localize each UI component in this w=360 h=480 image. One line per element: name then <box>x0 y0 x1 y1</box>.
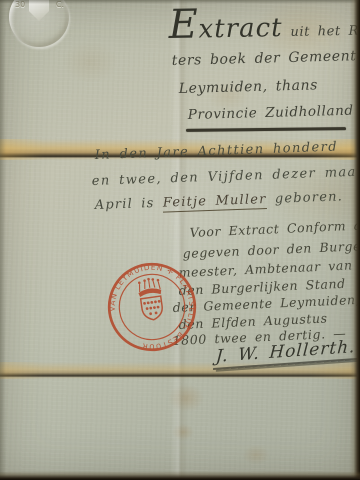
heading-word: xtract <box>198 13 283 44</box>
stamp-crown-icon <box>137 276 162 297</box>
document-photo: 30 C. Extract uit het Regis- ters boek d… <box>0 0 360 480</box>
vertical-fold-crease <box>170 0 188 480</box>
photo-edge-right <box>350 0 360 480</box>
record-line-3-post: geboren. <box>266 189 343 207</box>
stamp-shield-icon <box>141 296 164 321</box>
horizontal-fold-crease-lower <box>0 362 360 379</box>
heading-initial: E <box>168 1 199 48</box>
photo-edge-bottom <box>0 471 360 480</box>
person-name: Feitje Muller <box>163 192 267 213</box>
stamp-outer-ring <box>104 259 201 356</box>
record-line-3-pre: April is <box>94 196 163 213</box>
photo-edge-left <box>0 0 6 480</box>
heading-line-1-tail: uit het Regis- <box>283 23 360 40</box>
photo-edge-top <box>0 0 360 4</box>
stamp-legend-text: VAN LEYMUIDEN ✛ PLAATSELIJK BESTUUR <box>102 257 202 357</box>
municipal-stamp-seal: VAN LEYMUIDEN ✛ PLAATSELIJK BESTUUR <box>100 255 204 359</box>
heading-line-1: Extract uit het Regis- <box>168 2 360 45</box>
